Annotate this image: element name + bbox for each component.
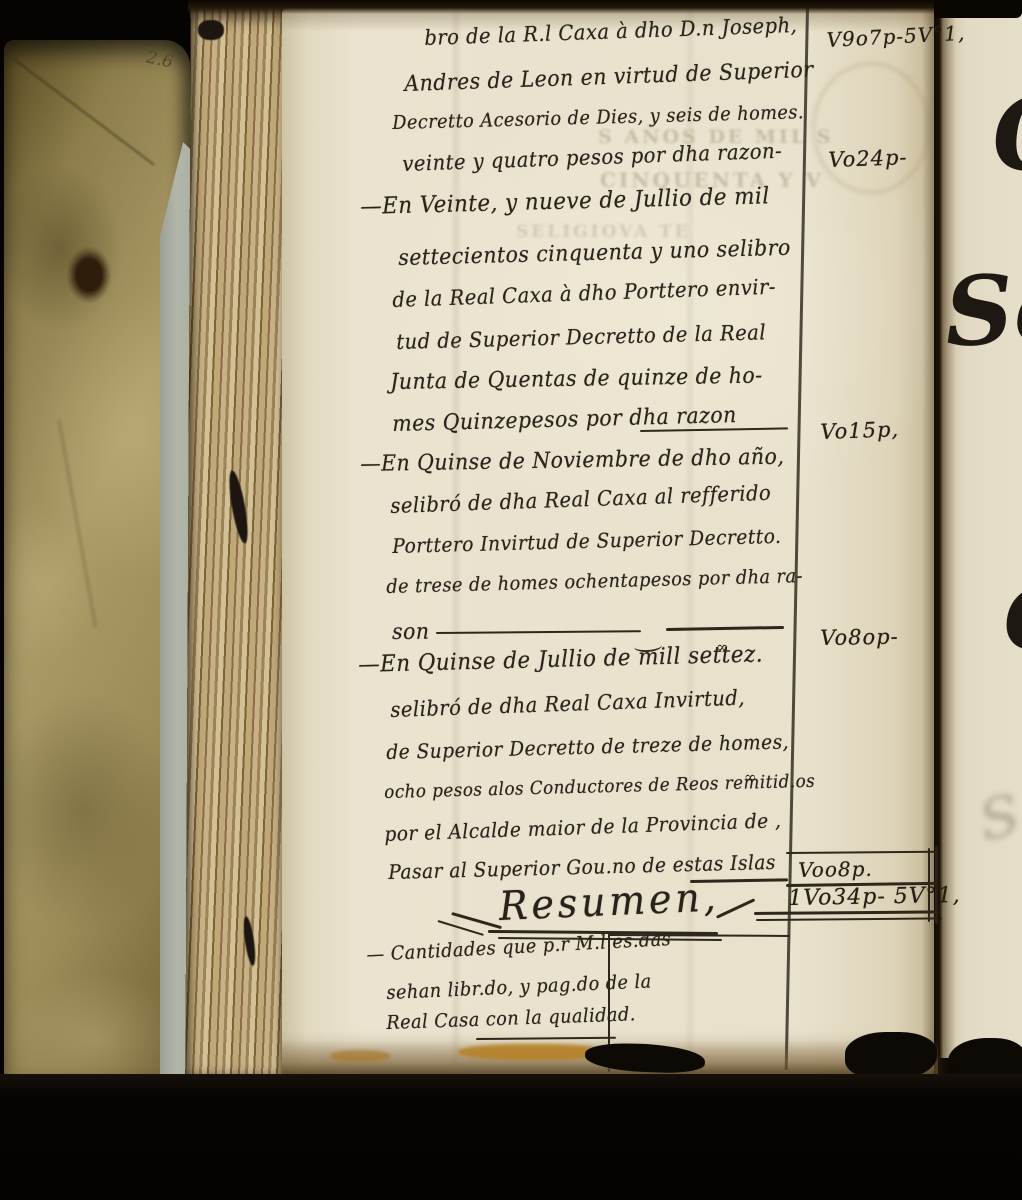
amount-entry: Vo15p, [820, 417, 900, 444]
page-edge-stack [185, 6, 291, 1087]
book-gutter-shadow [922, 0, 956, 1080]
book-top-edge-shadow [188, 0, 934, 14]
amount-entry: Vo8op- [820, 625, 899, 650]
orange-stain [330, 1050, 390, 1062]
abbreviation-mark: ∞ [744, 768, 757, 786]
resumen-heading: Resumen, [498, 874, 720, 930]
bleed-ink-blob [198, 20, 224, 40]
abbreviation-mark: ∞ [716, 638, 729, 656]
manuscript-photo: 2.6 S AÑOS DE MIL S CINQUENTA Y V SELIGI… [0, 0, 1022, 1200]
amount-entry: Voo8p. [798, 857, 873, 882]
ink-blot [845, 1032, 937, 1080]
book-top-edge-shadow [934, 0, 1022, 18]
photo-background [0, 1074, 1022, 1200]
manuscript-line: son [392, 620, 430, 645]
amount-entry: Vo24p- [828, 145, 908, 172]
